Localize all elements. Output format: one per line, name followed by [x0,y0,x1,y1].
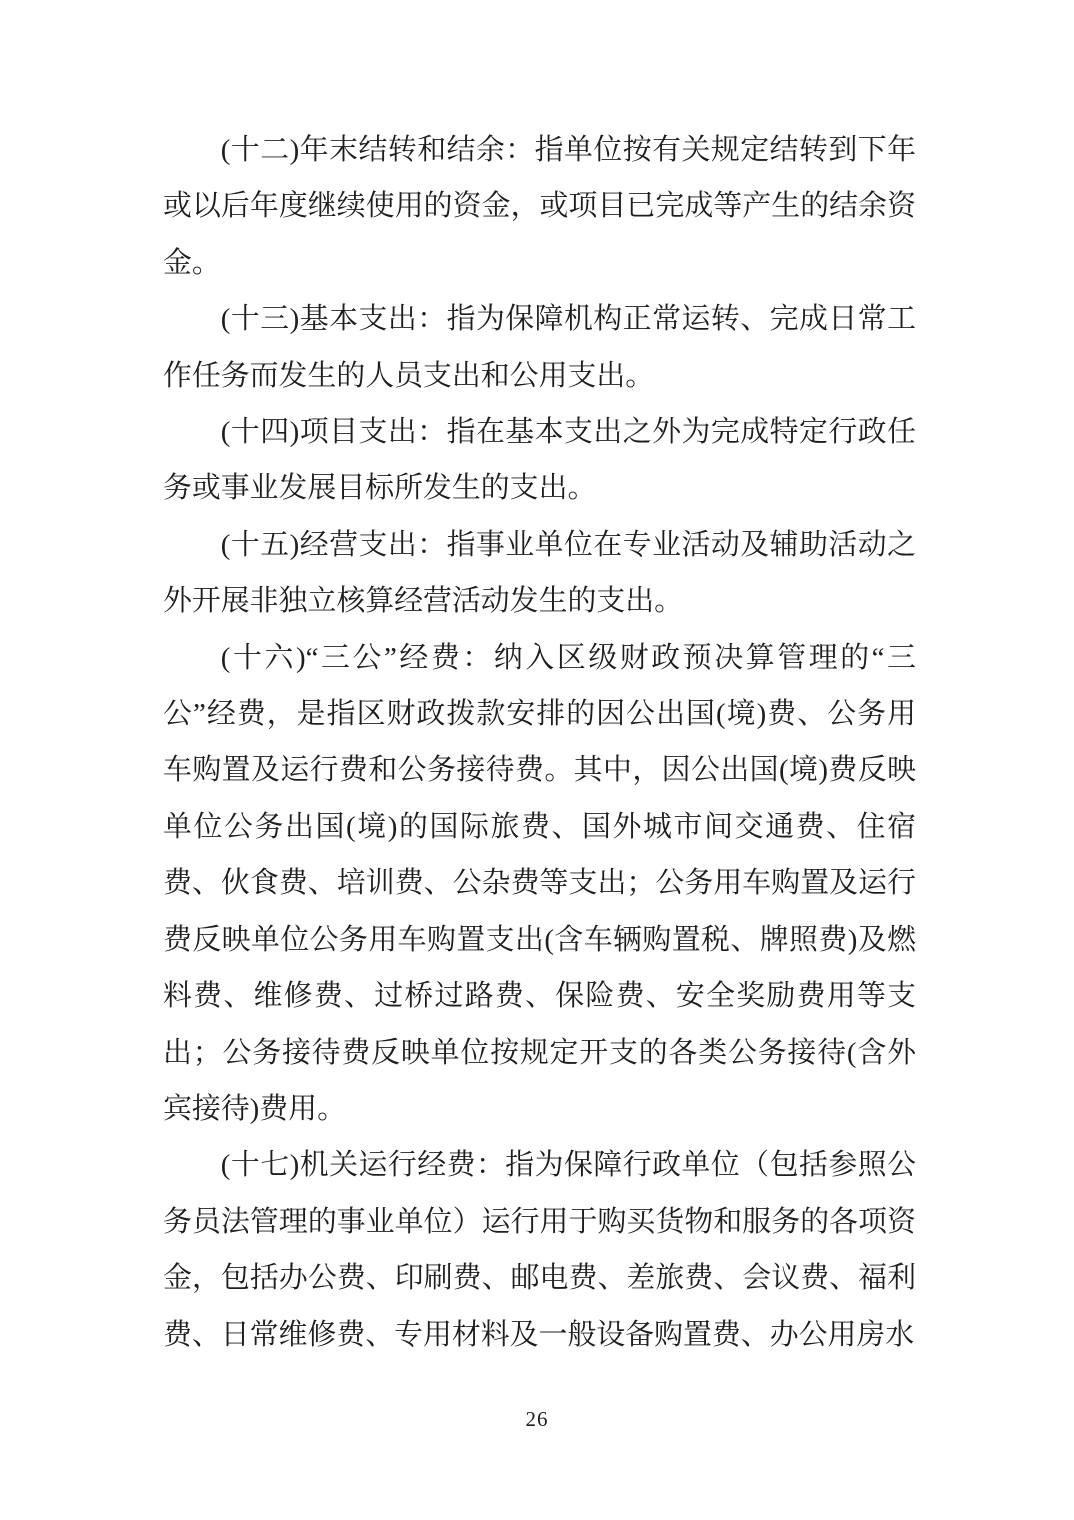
page-number: 26 [526,1407,549,1431]
paragraph-definition-15: (十五)经营支出：指事业单位在专业活动及辅助活动之外开展非独立核算经营活动发生的… [163,517,916,630]
page-footer: 26 [0,1405,1074,1433]
paragraph-definition-12: (十二)年末结转和结余：指单位按有关规定结转到下年或以后年度继续使用的资金，或项… [163,122,916,291]
paragraph-definition-16: (十六)“三公”经费：纳入区级财政预决算管理的“三公”经费，是指区财政拨款安排的… [163,630,916,1138]
paragraph-definition-14: (十四)项目支出：指在基本支出之外为完成特定行政任务或事业发展目标所发生的支出。 [163,404,916,517]
paragraph-definition-13: (十三)基本支出：指为保障机构正常运转、完成日常工作任务而发生的人员支出和公用支… [163,291,916,404]
paragraph-definition-17: (十七)机关运行经费：指为保障行政单位（包括参照公务员法管理的事业单位）运行用于… [163,1137,916,1363]
document-page: (十二)年末结转和结余：指单位按有关规定结转到下年或以后年度继续使用的资金，或项… [0,0,1074,1520]
document-body-text: (十二)年末结转和结余：指单位按有关规定结转到下年或以后年度继续使用的资金，或项… [163,122,916,1363]
